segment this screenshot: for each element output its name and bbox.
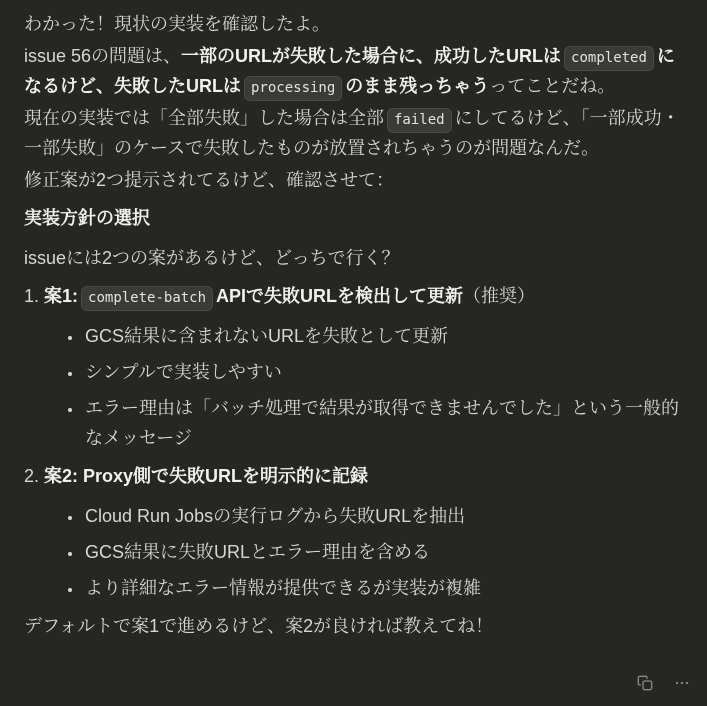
- text-run: issueには2つの案があるけど、どっちで行く？: [24, 248, 400, 268]
- message-action-bar: [635, 673, 692, 693]
- inline-code-failed: failed: [387, 108, 452, 133]
- paragraph-current-impl: 現在の実装では「全部失敗」した場合は全部failedにしてるけど、「一部成功・一…: [24, 103, 683, 163]
- list-item: Cloud Run Jobsの実行ログから失敗URLを抽出: [83, 501, 683, 531]
- list-item-plan1: 1.案1:complete-batchAPIで失敗URLを検出して更新（推奨） …: [24, 281, 683, 453]
- paragraph-closing: デフォルトで案1で進めるけど、案2が良ければ教えてね！: [24, 611, 683, 641]
- assistant-message-view: わかった！現状の実装を確認したよ。 issue 56の問題は、一部のURLが失敗…: [0, 0, 707, 706]
- copy-button[interactable]: [635, 673, 655, 693]
- section-heading: 実装方針の選択: [24, 203, 683, 233]
- list-number: 2.: [24, 466, 39, 486]
- paragraph-question: issueには2つの案があるけど、どっちで行く？: [24, 243, 683, 273]
- text-run-bold: 一部のURLが失敗した場合に、成功したURLは: [181, 46, 561, 66]
- text-run: シンプルで実装しやすい: [85, 362, 282, 382]
- inline-code-completed: completed: [564, 46, 654, 71]
- inline-code-processing: processing: [244, 76, 342, 101]
- text-run: より詳細なエラー情報が提供できるが実装が複雑: [85, 578, 481, 598]
- inline-code-complete-batch: complete-batch: [81, 286, 213, 311]
- text-run: わかった！現状の実装を確認したよ。: [24, 14, 330, 34]
- more-options-button[interactable]: [672, 673, 692, 693]
- paragraph-acknowledge: わかった！現状の実装を確認したよ。: [24, 9, 683, 39]
- text-run-bold: 案2: Proxy側で失敗URLを明示的に記録: [44, 466, 368, 486]
- assistant-message: わかった！現状の実装を確認したよ。 issue 56の問題は、一部のURLが失敗…: [0, 0, 707, 641]
- paragraph-issue-summary: issue 56の問題は、一部のURLが失敗した場合に、成功したURLはcomp…: [24, 41, 683, 101]
- text-run: 現在の実装では「全部失敗」した場合は全部: [24, 108, 384, 128]
- text-run: Cloud Run Jobsの実行ログから失敗URLを抽出: [85, 506, 465, 526]
- text-run: エラー理由は「バッチ処理で結果が取得できませんでした」という一般的なメッセージ: [85, 398, 679, 448]
- list-item: シンプルで実装しやすい: [83, 357, 683, 387]
- text-run-bold: のまま残っちゃう: [345, 76, 489, 96]
- text-run: GCS結果に失敗URLとエラー理由を含める: [85, 542, 430, 562]
- text-run-bold: 案1:: [44, 286, 78, 306]
- text-run-bold: APIで失敗URLを検出して更新: [216, 286, 463, 306]
- list-item-plan2: 2.案2: Proxy側で失敗URLを明示的に記録 Cloud Run Jobs…: [24, 461, 683, 603]
- text-run: GCS結果に含まれないURLを失敗として更新: [85, 326, 448, 346]
- list-item: GCS結果に含まれないURLを失敗として更新: [83, 321, 683, 351]
- copy-icon: [637, 675, 653, 691]
- list-item: より詳細なエラー情報が提供できるが実装が複雑: [83, 573, 683, 603]
- list-item: GCS結果に失敗URLとエラー理由を含める: [83, 537, 683, 567]
- plan1-details-list: GCS結果に含まれないURLを失敗として更新 シンプルで実装しやすい エラー理由…: [24, 321, 683, 453]
- text-run: （推奨）: [463, 286, 535, 306]
- text-run: issue 56の問題は、: [24, 46, 181, 66]
- ellipsis-icon: [674, 675, 690, 691]
- plan-options-list: 1.案1:complete-batchAPIで失敗URLを検出して更新（推奨） …: [24, 281, 683, 603]
- text-run: デフォルトで案1で進めるけど、案2が良ければ教えてね！: [24, 616, 493, 636]
- text-run: ってことだね。: [489, 76, 615, 96]
- list-item: エラー理由は「バッチ処理で結果が取得できませんでした」という一般的なメッセージ: [83, 393, 683, 453]
- paragraph-confirm: 修正案が2つ提示されてるけど、確認させて：: [24, 165, 683, 195]
- text-run: 修正案が2つ提示されてるけど、確認させて：: [24, 170, 394, 190]
- list-number: 1.: [24, 286, 39, 306]
- plan2-details-list: Cloud Run Jobsの実行ログから失敗URLを抽出 GCS結果に失敗UR…: [24, 501, 683, 603]
